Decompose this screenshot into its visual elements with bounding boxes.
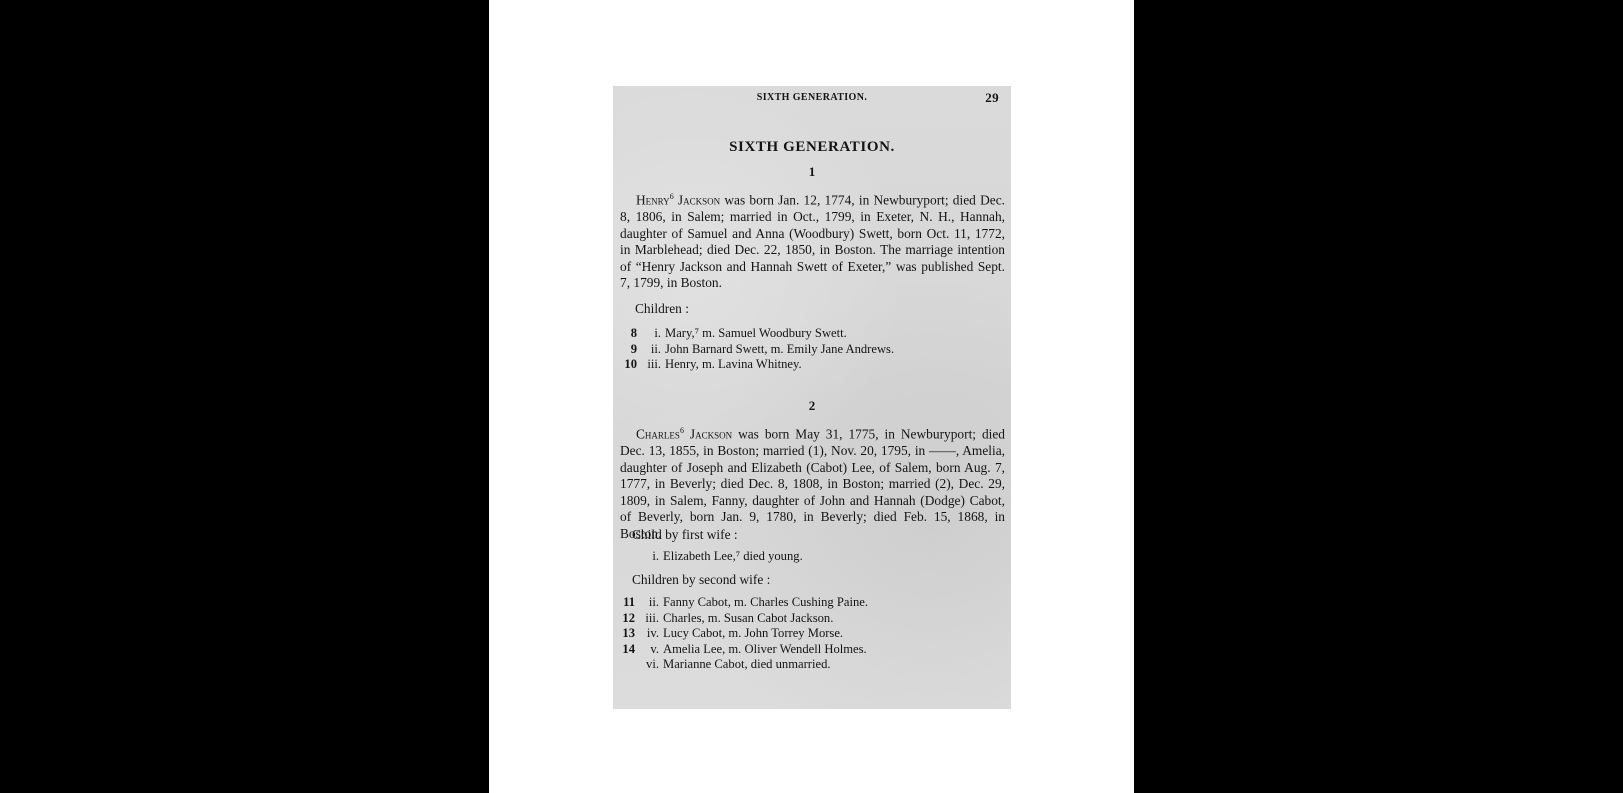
person-first-name: Charles — [636, 426, 680, 441]
list-item: 13 iv. Lucy Cabot, m. John Torrey Morse. — [613, 626, 1011, 642]
entry-number: 2 — [613, 398, 1011, 414]
child-roman: v. — [631, 642, 659, 658]
page-number: 29 — [985, 90, 999, 106]
person-last-name: Jackson — [678, 192, 720, 207]
child-roman: iii. — [633, 357, 661, 373]
child-roman: vi. — [631, 657, 659, 673]
child-roman: ii. — [631, 595, 659, 611]
children-list: 8 i. Mary,⁷ m. Samuel Woodbury Swett. 9 … — [613, 326, 1011, 373]
generation-mark: 6 — [680, 426, 684, 435]
list-item: 8 i. Mary,⁷ m. Samuel Woodbury Swett. — [613, 326, 1011, 342]
child-text: Lucy Cabot, m. John Torrey Morse. — [663, 626, 843, 642]
child-roman: i. — [633, 326, 661, 342]
list-item: 14 v. Amelia Lee, m. Oliver Wendell Holm… — [613, 642, 1011, 658]
child-text: Charles, m. Susan Cabot Jackson. — [663, 611, 833, 627]
entry-body: was born May 31, 1775, in Newburyport; d… — [620, 426, 1005, 541]
person-last-name: Jackson — [690, 426, 732, 441]
first-wife-children-list: i. Elizabeth Lee,⁷ died young. — [613, 549, 1011, 565]
list-item: 10 iii. Henry, m. Lavina Whitney. — [613, 357, 1011, 373]
list-item: vi. Marianne Cabot, died unmarried. — [613, 657, 1011, 673]
person-first-name: Henry — [636, 192, 670, 207]
child-roman: i. — [631, 549, 659, 565]
entry-paragraph: Henry6 Jackson was born Jan. 12, 1774, i… — [620, 189, 1005, 292]
child-roman: iv. — [631, 626, 659, 642]
second-wife-children-list: 11 ii. Fanny Cabot, m. Charles Cushing P… — [613, 595, 1011, 673]
scanned-page: SIXTH GENERATION. 29 SIXTH GENERATION. 1… — [613, 86, 1011, 709]
children-label: Children : — [635, 301, 689, 317]
child-roman: ii. — [633, 342, 661, 358]
child-text: John Barnard Swett, m. Emily Jane Andrew… — [665, 342, 894, 358]
child-text: Mary,⁷ m. Samuel Woodbury Swett. — [665, 326, 847, 342]
running-head-title: SIXTH GENERATION. — [613, 92, 1011, 103]
child-text: Amelia Lee, m. Oliver Wendell Holmes. — [663, 642, 867, 658]
child-text: Marianne Cabot, died unmarried. — [663, 657, 831, 673]
first-wife-label: Child by first wife : — [632, 527, 738, 543]
running-head: SIXTH GENERATION. 29 — [613, 90, 1011, 106]
child-text: Fanny Cabot, m. Charles Cushing Paine. — [663, 595, 868, 611]
list-item: 11 ii. Fanny Cabot, m. Charles Cushing P… — [613, 595, 1011, 611]
entry-paragraph: Charles6 Jackson was born May 31, 1775, … — [620, 423, 1005, 543]
second-wife-label: Children by second wife : — [632, 572, 770, 588]
child-roman: iii. — [631, 611, 659, 627]
child-text: Elizabeth Lee,⁷ died young. — [663, 549, 803, 565]
list-item: i. Elizabeth Lee,⁷ died young. — [613, 549, 1011, 565]
section-title: SIXTH GENERATION. — [613, 139, 1011, 156]
list-item: 9 ii. John Barnard Swett, m. Emily Jane … — [613, 342, 1011, 358]
list-item: 12 iii. Charles, m. Susan Cabot Jackson. — [613, 611, 1011, 627]
generation-mark: 6 — [670, 192, 674, 201]
entry-number: 1 — [613, 164, 1011, 180]
child-text: Henry, m. Lavina Whitney. — [665, 357, 802, 373]
